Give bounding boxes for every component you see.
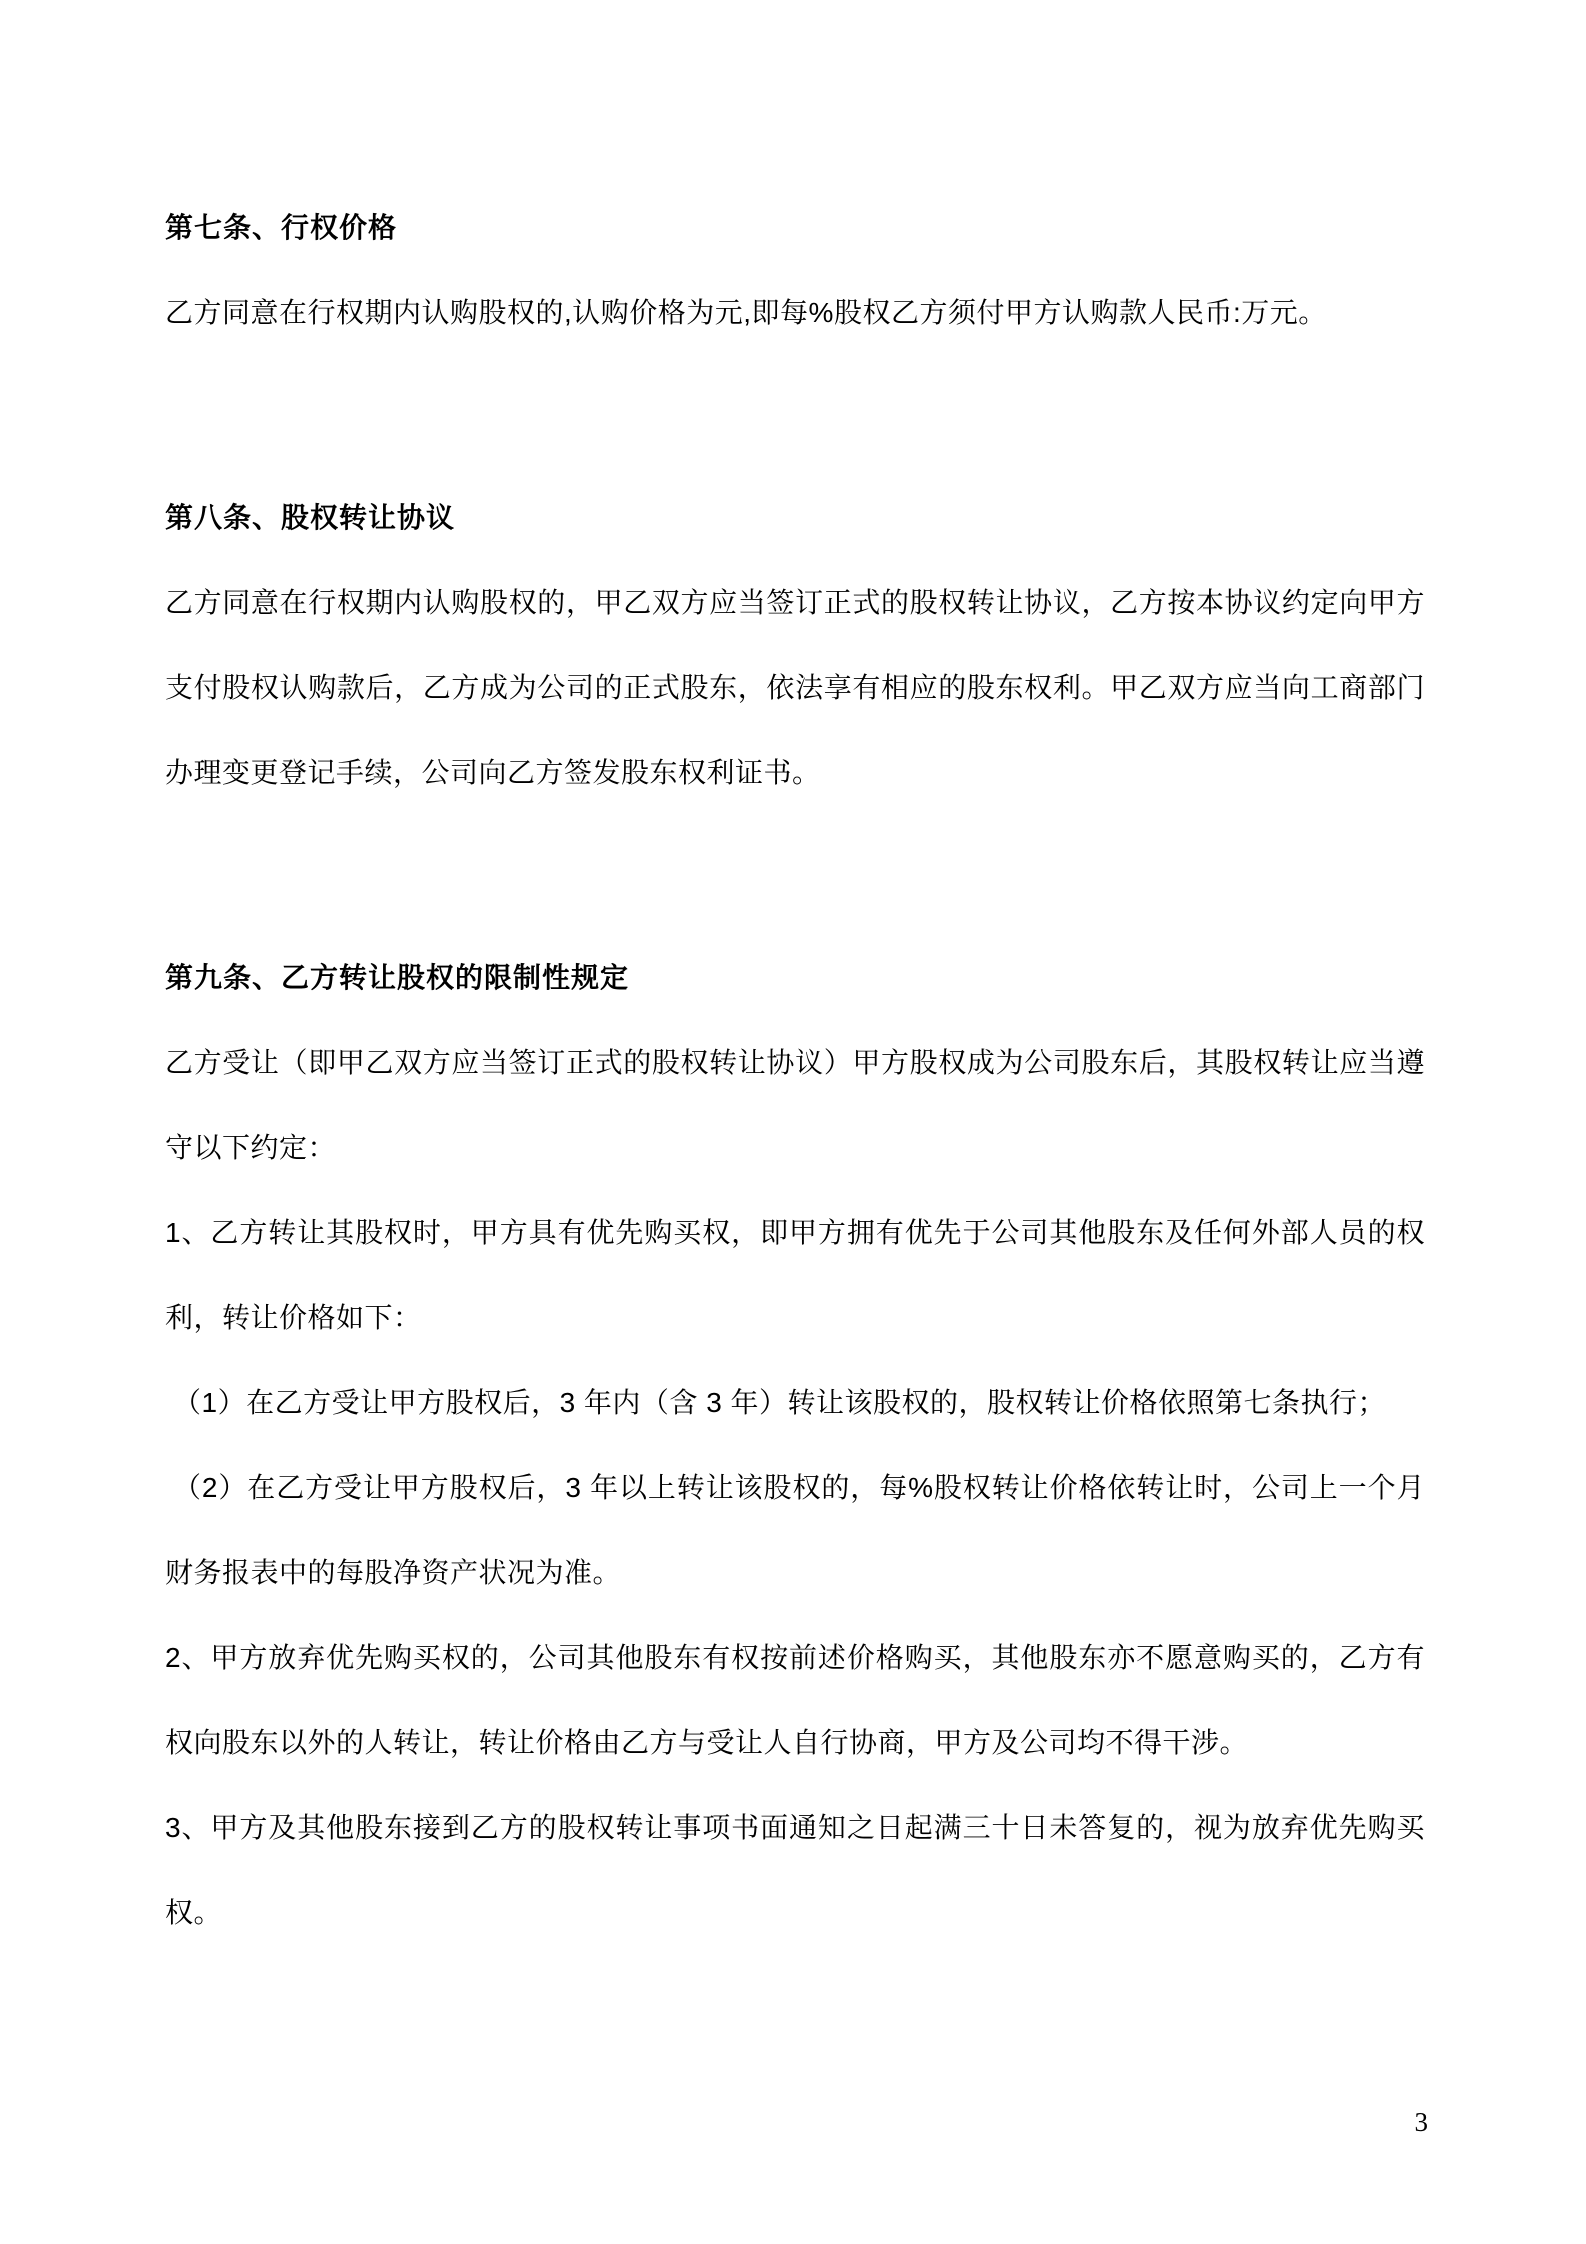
- section-article-7: 第七条、行权价格 乙方同意在行权期内认购股权的,认购价格为元,即每%股权乙方须付…: [165, 185, 1425, 355]
- article-9-clause-1-item-2: （2）在乙方受让甲方股权后，3 年以上转让该股权的，每%股权转让价格依转让时，公…: [165, 1445, 1425, 1615]
- page-number: 3: [1415, 2107, 1429, 2138]
- article-9-intro-paragraph: 乙方受让（即甲乙双方应当签订正式的股权转让协议）甲方股权成为公司股东后，其股权转…: [165, 1020, 1425, 1190]
- article-7-paragraph: 乙方同意在行权期内认购股权的,认购价格为元,即每%股权乙方须付甲方认购款人民币:…: [165, 270, 1425, 355]
- document-page: 第七条、行权价格 乙方同意在行权期内认购股权的,认购价格为元,即每%股权乙方须付…: [0, 0, 1586, 2244]
- document-content: 第七条、行权价格 乙方同意在行权期内认购股权的,认购价格为元,即每%股权乙方须付…: [0, 0, 1586, 1955]
- article-7-heading: 第七条、行权价格: [165, 185, 1425, 270]
- article-9-heading: 第九条、乙方转让股权的限制性规定: [165, 935, 1425, 1020]
- article-9-clause-1: 1、乙方转让其股权时，甲方具有优先购买权，即甲方拥有优先于公司其他股东及任何外部…: [165, 1190, 1425, 1360]
- article-8-paragraph: 乙方同意在行权期内认购股权的，甲乙双方应当签订正式的股权转让协议，乙方按本协议约…: [165, 560, 1425, 815]
- article-9-clause-2: 2、甲方放弃优先购买权的，公司其他股东有权按前述价格购买，其他股东亦不愿意购买的…: [165, 1615, 1425, 1785]
- article-9-clause-3: 3、甲方及其他股东接到乙方的股权转让事项书面通知之日起满三十日未答复的，视为放弃…: [165, 1785, 1425, 1955]
- section-article-9: 第九条、乙方转让股权的限制性规定 乙方受让（即甲乙双方应当签订正式的股权转让协议…: [165, 935, 1425, 1955]
- section-article-8: 第八条、股权转让协议 乙方同意在行权期内认购股权的，甲乙双方应当签订正式的股权转…: [165, 475, 1425, 815]
- article-9-clause-1-item-1: （1）在乙方受让甲方股权后，3 年内（含 3 年）转让该股权的，股权转让价格依照…: [165, 1360, 1425, 1445]
- article-8-heading: 第八条、股权转让协议: [165, 475, 1425, 560]
